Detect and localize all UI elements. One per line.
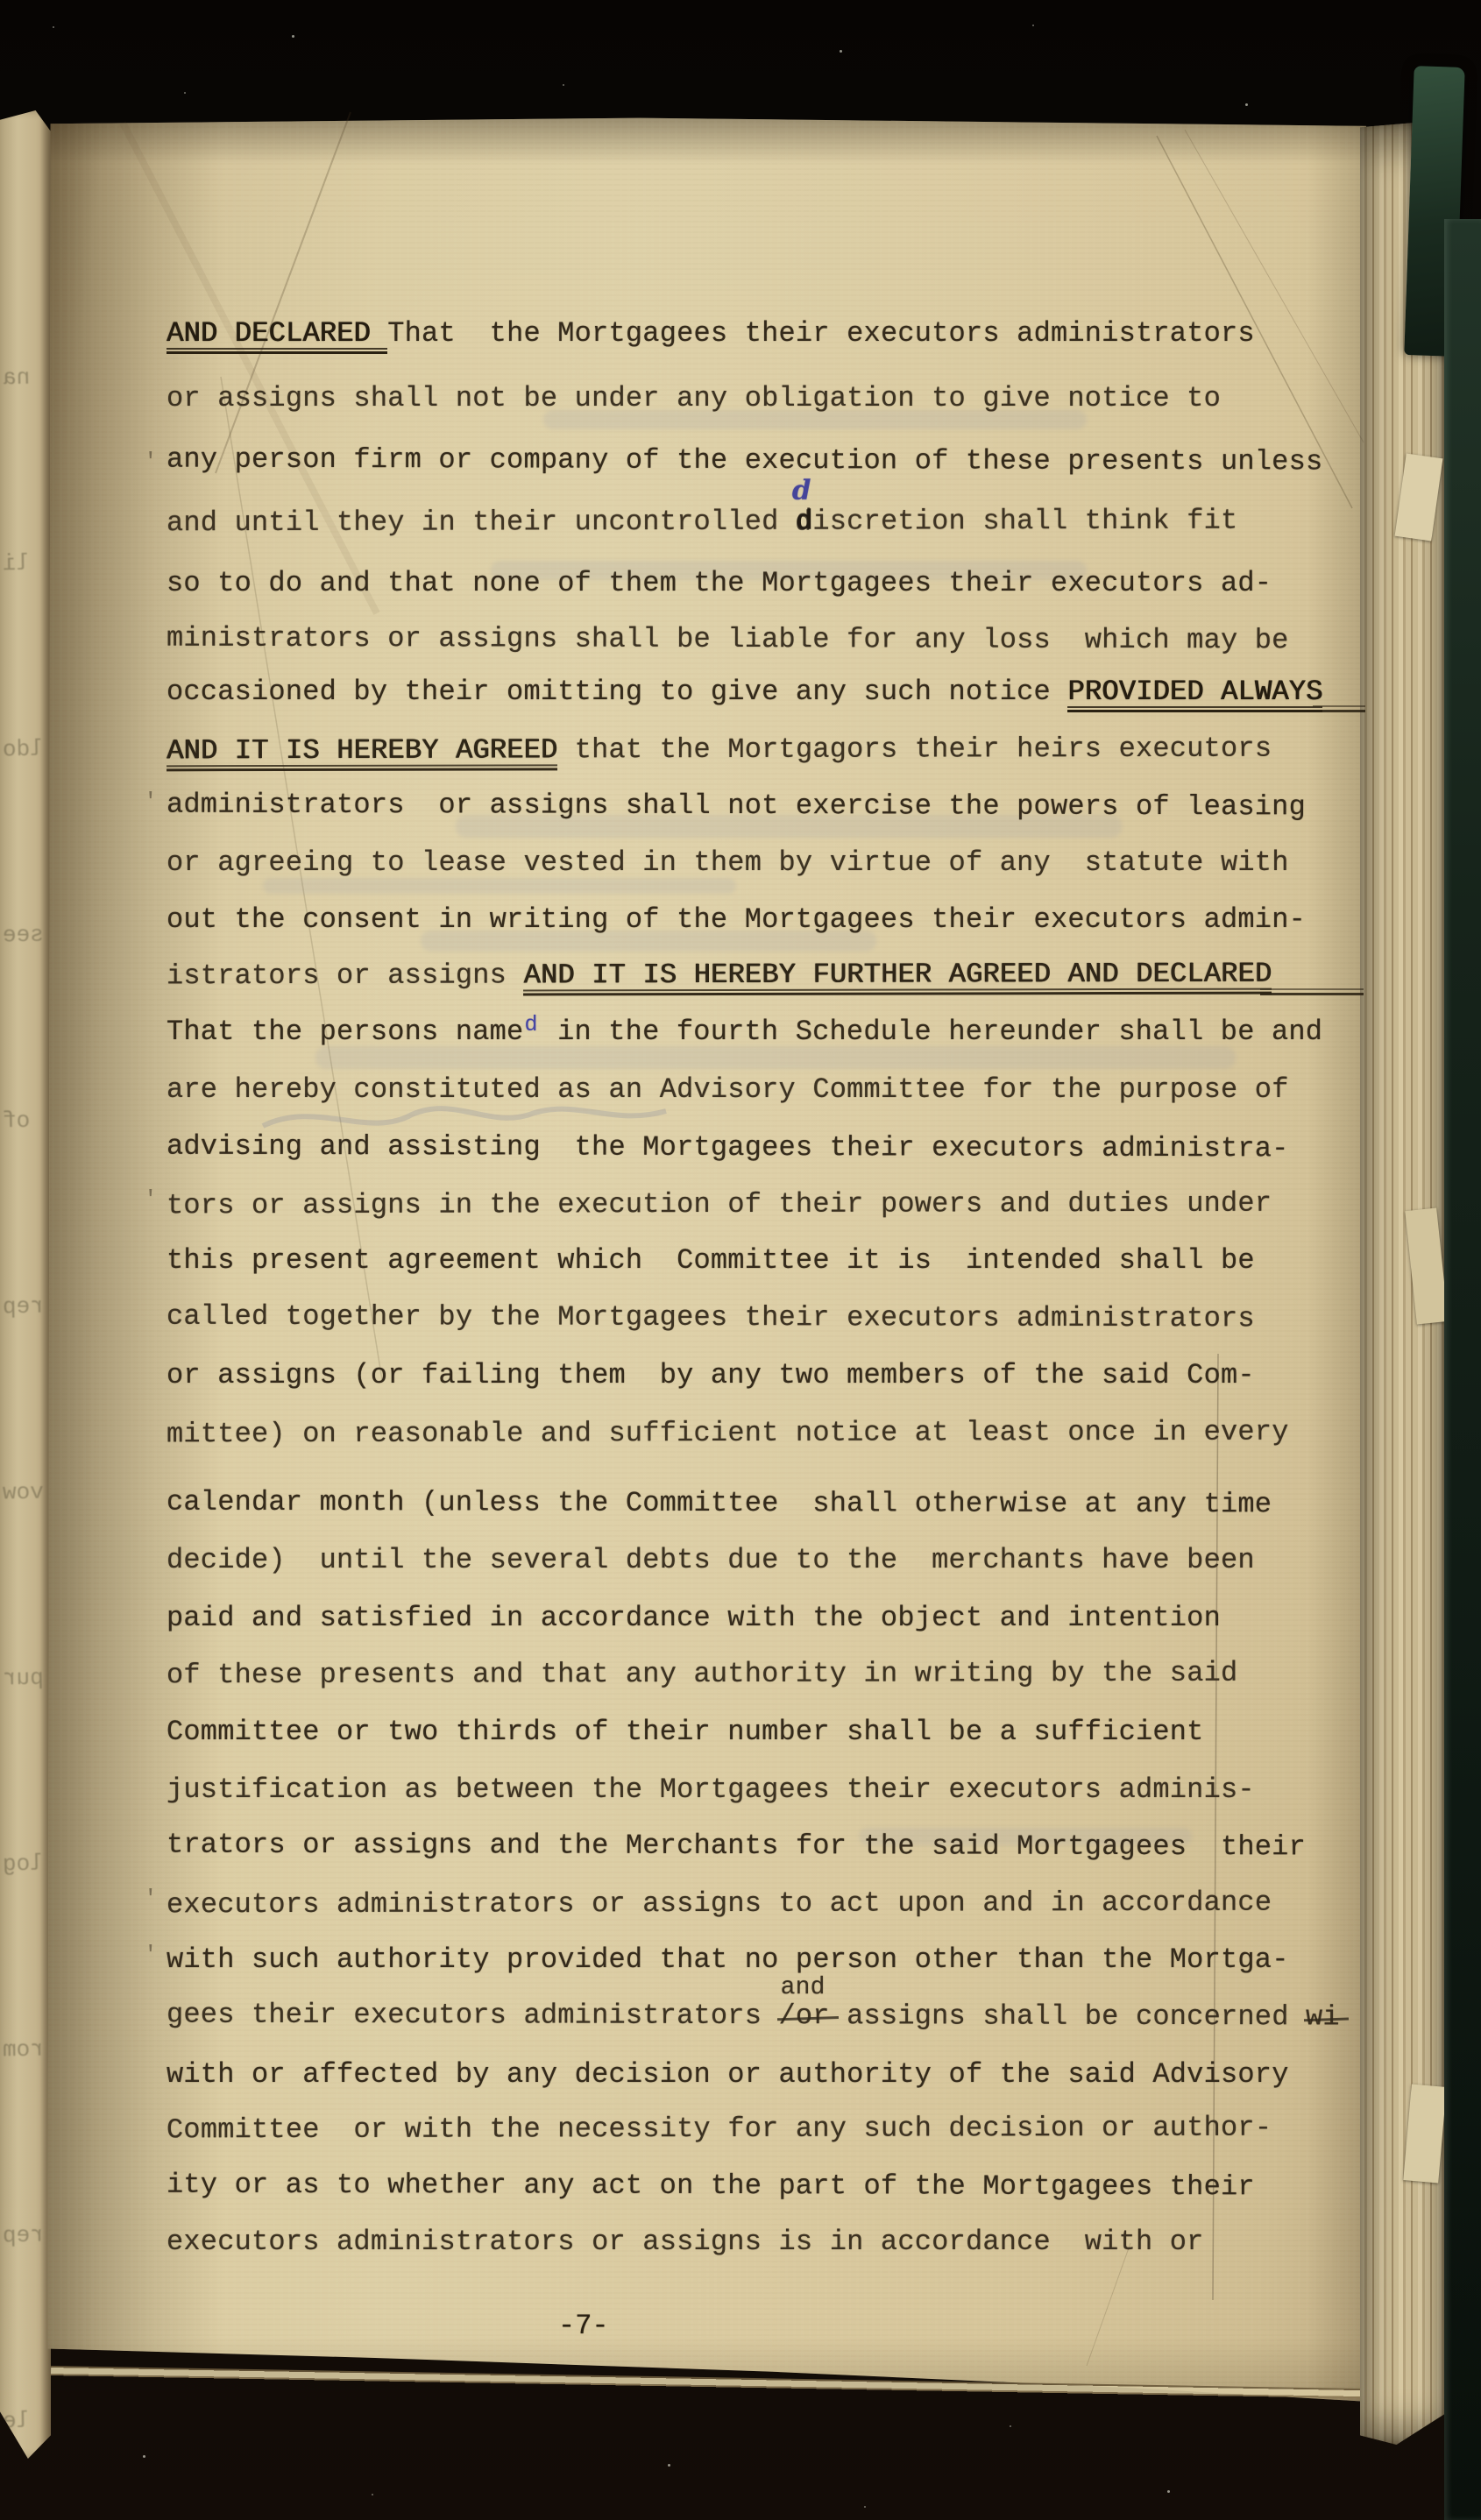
page-number: -7- [558,2310,609,2342]
text-segment: executors administrators or assigns is i… [167,2226,1204,2258]
text-segment: gees their executors administrators [167,1999,779,2032]
mirrored-bleed-fragment: li [3,550,31,577]
text-segment: occasioned by their omitting to give any… [167,676,1067,708]
text-line-25: Committee or two thirds of their number … [167,1717,1204,1749]
mirrored-bleed-fragment: rom [3,2036,44,2063]
inserted-word: and [781,1974,826,2001]
text-segment: /or [778,2000,829,2032]
mirrored-bleed-fragment: of [3,1108,31,1135]
underlined-heading: AND DECLARED [167,317,387,354]
mirrored-bleed-fragment: le [3,2408,31,2435]
text-segment: paid and satisfied in accordance with th… [167,1602,1221,1634]
text-segment: Committee or with the necessity for any … [167,2112,1272,2147]
text-segment: Committee or two thirds of their number … [167,1716,1204,1748]
text-segment: or agreeing to lease vested in them by v… [167,846,1289,879]
text-line-15: advising and assisting the Mortgagees th… [167,1131,1289,1165]
text-segment: with or affected by any decision or auth… [167,2058,1289,2091]
text-segment: are hereby constituted as an Advisory Co… [167,1073,1289,1106]
text-segment: That the persons name [167,1016,523,1048]
underlined-heading: AND IT IS HEREBY FURTHER AGREED AND DECL… [523,958,1272,996]
text-segment: in the fourth Schedule hereunder shall b… [541,1016,1323,1048]
text-segment: and until they in their uncontrolled [167,506,796,540]
text-segment: out the consent in writing of the Mortga… [167,903,1306,936]
text-segment: with such authority provided that no per… [167,1943,1289,1976]
dust-speck [1245,103,1248,106]
text-line-12: istrators or assigns AND IT IS HEREBY FU… [167,959,1272,993]
margin-tick: ' [144,1886,158,1912]
text-segment: that the Mortgagors their heirs executor… [557,733,1272,767]
mirrored-bleed-fragment: rep [3,1293,44,1320]
text-segment: assigns shall be concerned [830,2000,1306,2033]
text-line-9: administrators or assigns shall not exer… [167,789,1306,825]
dust-speck [840,50,842,53]
text-segment: calendar month (unless the Committee sha… [167,1486,1272,1521]
text-segment: advising and assisting the Mortgagees th… [167,1130,1289,1165]
text-line-30: gees their executors administrators /ora… [167,2000,1340,2035]
text-segment: justification as between the Mortgagees … [167,1773,1255,1806]
underline-extension [1313,710,1365,712]
text-segment: trators or assigns and the Merchants for… [167,1829,1306,1864]
dust-speck [143,2455,145,2458]
dust-speck [1167,2490,1170,2493]
underlined-heading: PROVIDED ALWAYS [1067,676,1322,712]
text-segment: or assigns shall not be under any obliga… [167,382,1221,414]
mirrored-bleed-fragment: rep [3,2222,44,2249]
text-line-8: AND IT IS HEREBY AGREED that the Mortgag… [167,733,1272,768]
dust-speck [668,2464,670,2467]
text-line-18: called together by the Mortgagees their … [167,1301,1255,1335]
text-line-7: occasioned by their omitting to give any… [167,676,1322,709]
text-line-6: ministrators or assigns shall be liable … [167,623,1289,657]
text-line-20: mittee) on reasonable and sufficient not… [167,1417,1289,1451]
text-line-1: AND DECLARED That the Mortgagees their e… [167,318,1255,350]
dust-speck [1032,25,1034,26]
text-line-11: out the consent in writing of the Mortga… [167,904,1306,937]
margin-tick: ' [144,1186,158,1213]
book-photo-stage: nalildoseeofrepvowpurlogromreple AND DEC… [0,0,1481,2520]
margin-tick: ' [144,449,158,475]
mirrored-bleed-fragment: ldo [3,736,44,763]
text-segment: so to do and that none of them the Mortg… [167,567,1272,599]
mirrored-bleed-fragment: log [3,1851,44,1878]
text-line-14: are hereby constituted as an Advisory Co… [167,1074,1289,1107]
text-line-28: executors administrators or assigns to a… [167,1887,1272,1922]
book-cover-edge [1444,219,1481,2520]
dust-speck [292,35,294,38]
mirrored-bleed-fragment: pur [3,1665,44,1692]
text-line-24: of these presents and that any authority… [167,1658,1237,1692]
text-line-34: executors administrators or assigns is i… [167,2226,1204,2259]
text-segment: wi [1306,2000,1340,2033]
text-line-23: paid and satisfied in accordance with th… [167,1603,1221,1635]
text-segment: mittee) on reasonable and sufficient not… [167,1416,1289,1451]
dust-speck [864,2506,866,2508]
text-line-33: ity or as to whether any act on the part… [167,2170,1255,2204]
underline-extension [1260,993,1364,995]
text-line-13: That the persons named in the fourth Sch… [167,1016,1322,1049]
previous-page-edge: nalildoseeofrepvowpurlogromreple [0,110,51,2459]
text-segment: called together by the Mortgagees their … [167,1300,1255,1335]
text-line-31: with or affected by any decision or auth… [167,2059,1289,2092]
text-segment: decide) until the several debts due to t… [167,1544,1255,1576]
text-line-32: Committee or with the necessity for any … [167,2113,1272,2147]
text-line-3: any person firm or company of the execut… [167,444,1322,479]
margin-tick: ' [144,1942,158,1968]
underlined-heading: AND IT IS HEREBY AGREED [167,733,557,771]
edited-segment: dd [796,506,812,539]
dust-speck [372,2494,373,2495]
mirrored-bleed-fragment: see [3,922,44,949]
text-segment: tors or assigns in the execution of thei… [167,1187,1272,1222]
edited-segment: /orand [778,2000,829,2033]
text-line-21: calendar month (unless the Committee sha… [167,1487,1272,1521]
margin-tick: ' [144,789,158,815]
text-line-10: or agreeing to lease vested in them by v… [167,847,1289,880]
text-segment: That the Mortgagees their executors admi… [387,317,1255,350]
text-segment: any person firm or company of the execut… [167,443,1322,478]
mirrored-bleed-fragment: na [3,365,31,392]
text-line-5: so to do and that none of them the Mortg… [167,568,1272,600]
text-line-2: or assigns shall not be under any obliga… [167,383,1221,415]
mirrored-bleed-fragment: vow [3,1479,44,1506]
text-segment: ministrators or assigns shall be liable … [167,622,1289,657]
dust-speck [563,84,564,86]
text-segment: iscretion shall think fit [812,505,1237,538]
text-segment: ity or as to whether any act on the part… [167,2169,1255,2204]
bleed-through-text [315,1046,1236,1069]
text-segment: d [796,506,812,538]
dust-speck [53,26,54,28]
inserted-word: d [792,475,811,506]
text-line-4: and until they in their uncontrolled ddi… [167,506,1237,540]
text-segment: or assigns (or failing them by any two m… [167,1359,1255,1391]
text-line-17: this present agreement which Committee i… [167,1245,1255,1278]
text-line-26: justification as between the Mortgagees … [167,1774,1255,1807]
text-segment: d [524,1012,537,1037]
dust-speck [1010,2425,1011,2427]
text-segment: of these presents and that any authority… [167,1657,1237,1692]
text-line-22: decide) until the several debts due to t… [167,1545,1255,1577]
text-segment: executors administrators or assigns to a… [167,1886,1272,1922]
dust-speck [184,92,186,94]
text-segment: administrators or assigns shall not exer… [167,789,1306,824]
text-segment: this present agreement which Committee i… [167,1244,1255,1277]
text-line-27: trators or assigns and the Merchants for… [167,1830,1306,1865]
text-line-16: tors or assigns in the execution of thei… [167,1188,1272,1222]
bleed-through-text [263,878,736,894]
text-line-29: with such authority provided that no per… [167,1944,1289,1977]
text-line-19: or assigns (or failing them by any two m… [167,1360,1255,1392]
text-segment: istrators or assigns [167,959,524,992]
